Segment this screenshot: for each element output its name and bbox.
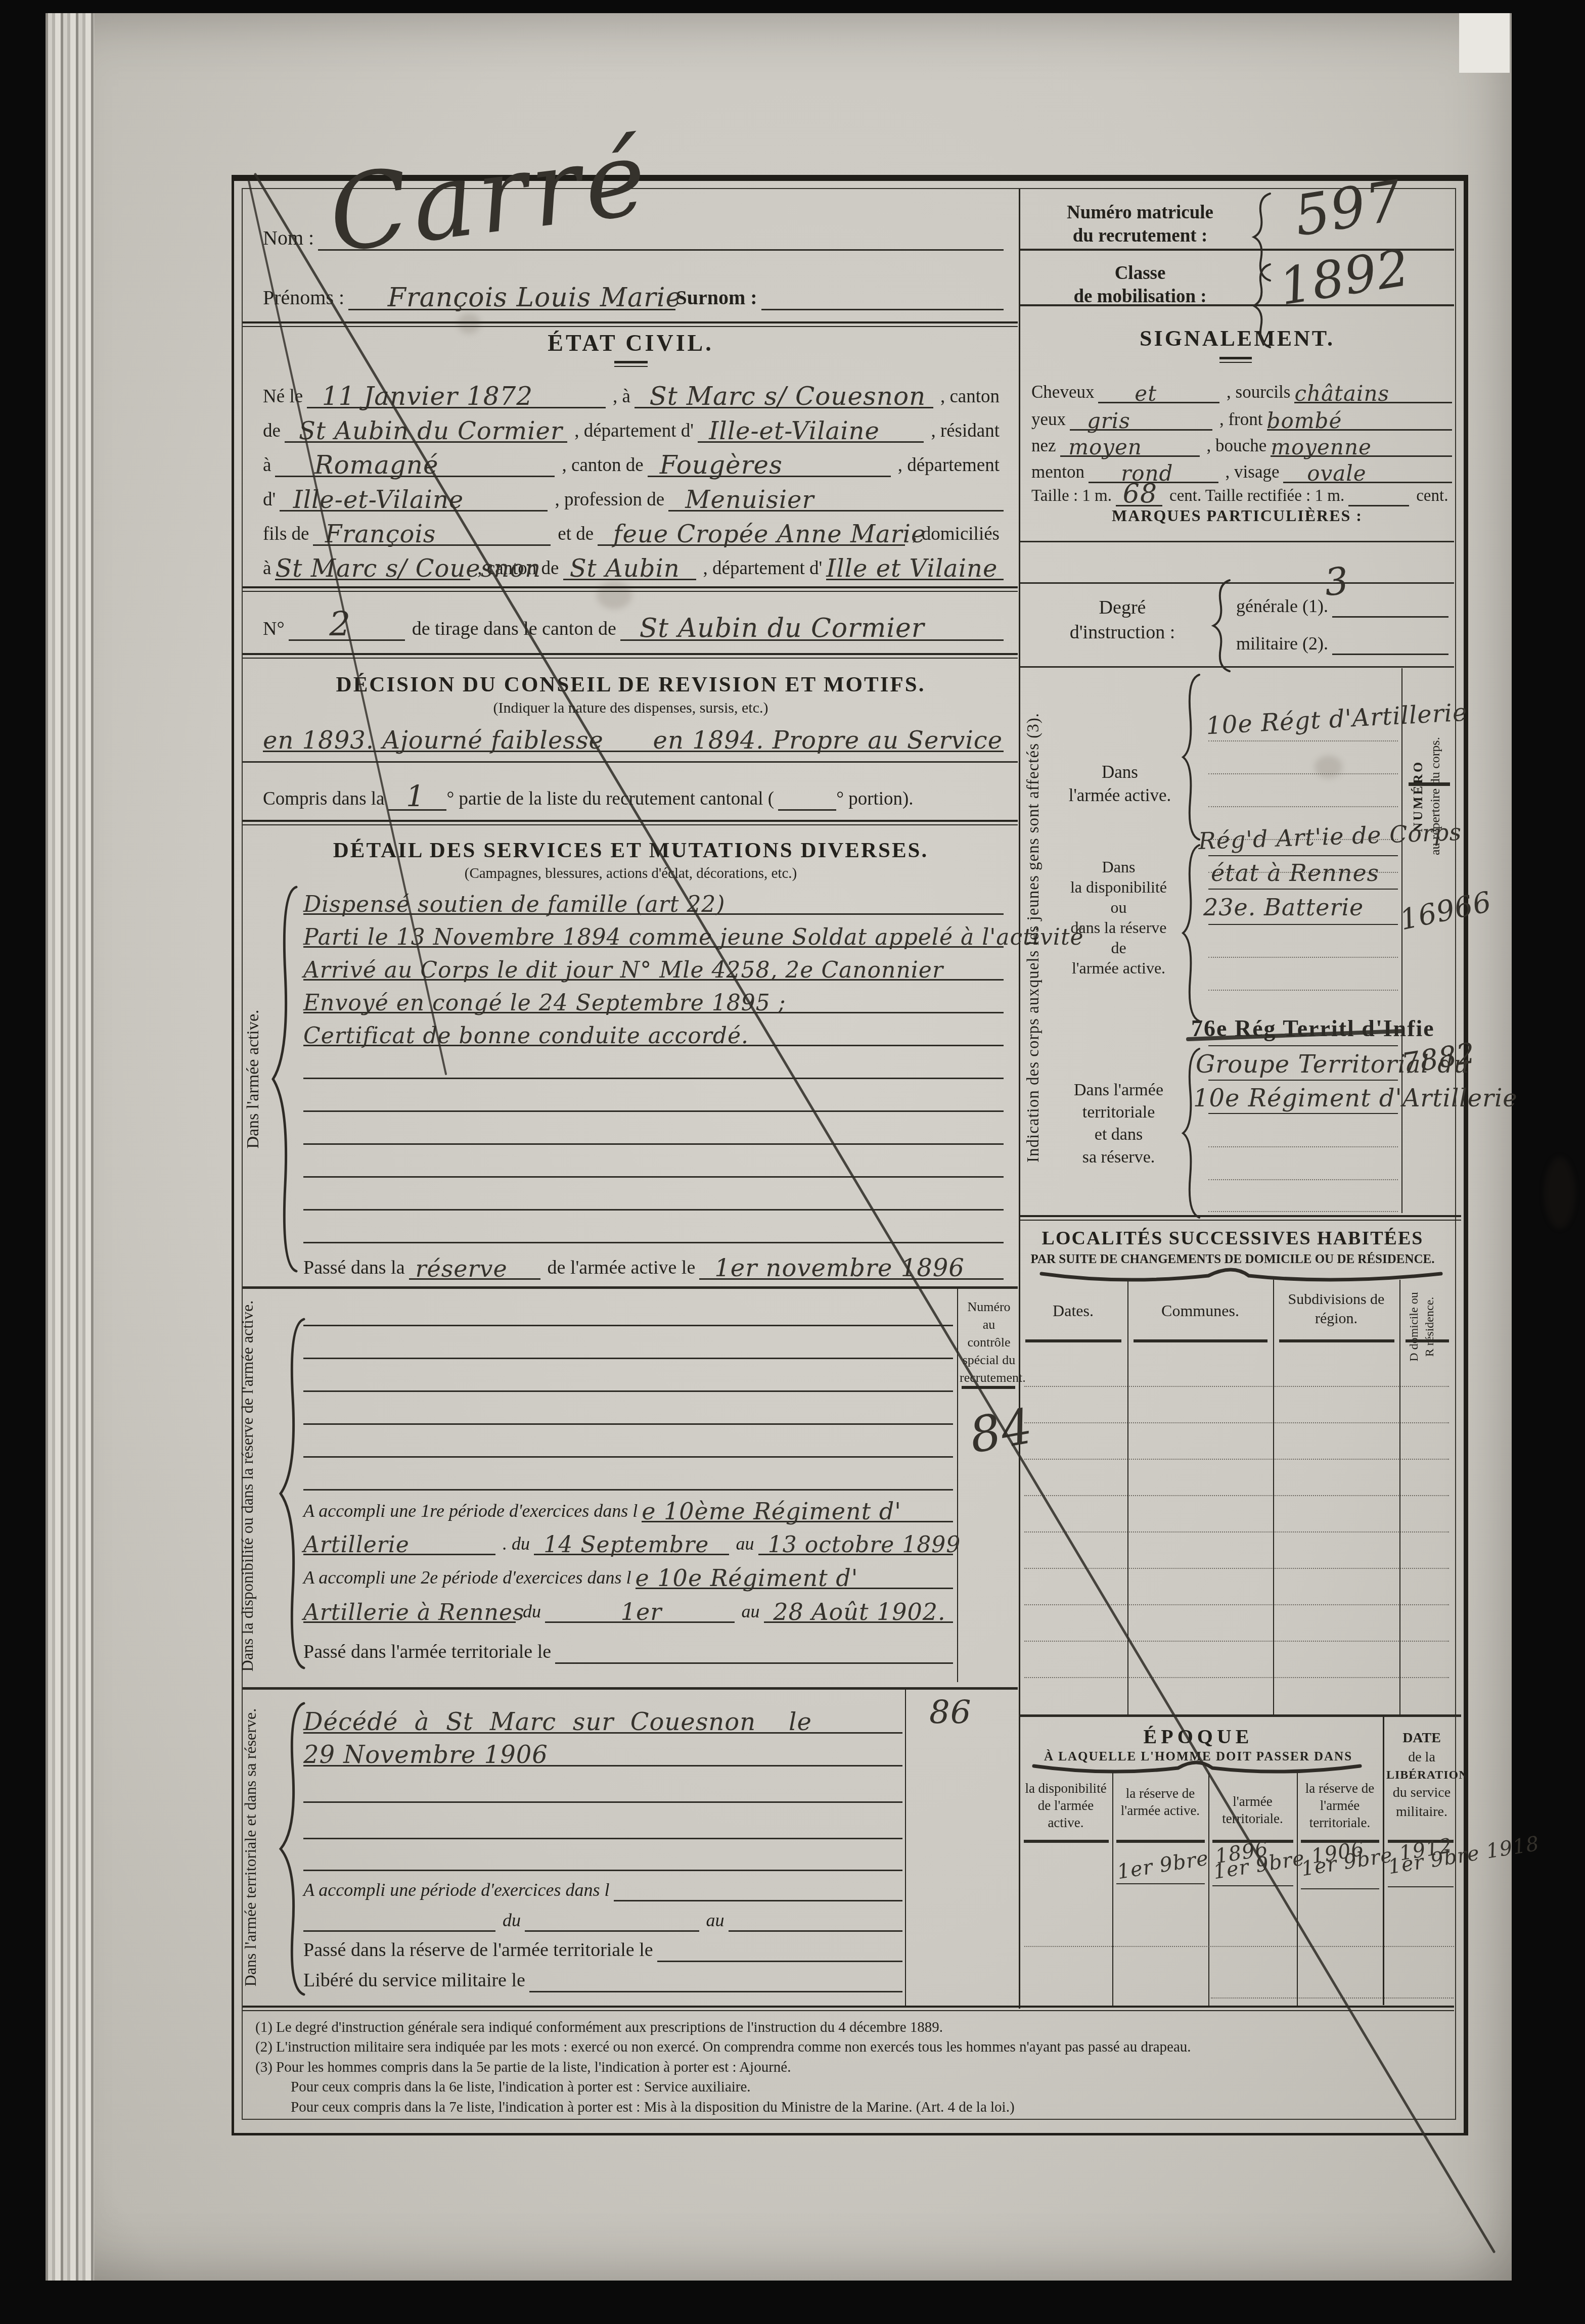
epoque-row-line xyxy=(1212,1885,1293,1886)
rule xyxy=(1020,541,1454,542)
degre-militaire-row: militaire (2). xyxy=(1236,628,1448,655)
header-bar xyxy=(1116,1840,1205,1843)
surnom-label: Surnom : xyxy=(675,286,761,310)
nez-row: nez moyen , bouche moyenne xyxy=(1031,430,1452,457)
corps-line xyxy=(1208,1045,1398,1046)
territoriale-side-label: Dans l'armée territoriale et dans sa rés… xyxy=(241,1698,260,1996)
localites-row-line xyxy=(1024,1677,1449,1678)
epoque-row-line xyxy=(1024,1946,1454,1947)
compris-row: Compris dans la 1 ° partie de la liste d… xyxy=(263,778,1004,811)
etat-civil-row-3: à Romagné , canton de Fougères , départe… xyxy=(263,446,1004,477)
localites-row-line xyxy=(1024,1386,1449,1387)
service-line-4: Envoyé en congé le 24 Septembre 1895 ; xyxy=(303,982,1004,1013)
main-column-divider xyxy=(1019,189,1020,2009)
corps-line xyxy=(1208,1146,1398,1147)
rule xyxy=(1019,1215,1461,1221)
libere-row: Libéré du service militaire le xyxy=(303,1963,902,1992)
section-rule xyxy=(243,1286,1018,1289)
localites-row-line xyxy=(1024,1604,1449,1605)
controle-header: Numéro au contrôle spécial du recrutemen… xyxy=(960,1298,1018,1386)
corps-terr-stamp: 76e Rég Territl d'Infie xyxy=(1191,1015,1435,1042)
etat-civil-row-2: de St Aubin du Cormier , département d' … xyxy=(263,411,1004,443)
nom-label: Nom : xyxy=(263,226,318,251)
periode2b-row: Artillerie à Rennes du 1er au 28 Août 19… xyxy=(303,1592,953,1623)
controle-column-divider xyxy=(957,1289,958,1682)
services-title: DÉTAIL DES SERVICES ET MUTATIONS DIVERSE… xyxy=(243,838,1019,863)
corps-dispo-value-2: état à Rennes xyxy=(1211,859,1379,887)
corps-dispo-label: Dans la disponibilité ou dans la réserve… xyxy=(1059,857,1178,978)
corps-side-label: Indication des corps auxquels les jeunes… xyxy=(1024,677,1043,1198)
etat-civil-row-5: fils de François et de feue Cropée Anne … xyxy=(263,515,1004,546)
controle-header-bar xyxy=(962,1386,1015,1389)
localites-col-dates: Dates. xyxy=(1021,1302,1125,1320)
etat-civil-row-6: à St Marc s/ Couesnon , canton de St Aub… xyxy=(263,549,1004,580)
prenoms-label: Prénoms : xyxy=(263,286,348,310)
epoque-col3-header: l'armée territoriale. xyxy=(1211,1793,1294,1828)
passe-reserve-row: Passé dans la réserve de l'armée active … xyxy=(303,1247,1004,1280)
localites-title: LOCALITÉS SUCCESSIVES HABITÉES xyxy=(1020,1227,1445,1249)
localites-row-line xyxy=(1024,1641,1449,1642)
corps-line xyxy=(1208,773,1398,774)
corps-line xyxy=(1208,855,1398,856)
corps-line xyxy=(1208,1080,1398,1081)
signalement-title: SIGNALEMENT. xyxy=(1020,326,1454,351)
epoque-row-line xyxy=(1301,1888,1379,1889)
rule xyxy=(243,761,1018,763)
degre-label: Degré d'instruction : xyxy=(1039,595,1206,645)
service-line-empty xyxy=(303,1212,1004,1243)
header-bar xyxy=(1024,1840,1109,1843)
service-line-3: Arrivé au Corps le dit jour N° Mle 4258,… xyxy=(303,949,1004,981)
header-bar xyxy=(1134,1339,1267,1342)
classe-label: Classe de mobilisation : xyxy=(1031,262,1249,309)
localites-col-communes: Communes. xyxy=(1130,1302,1271,1320)
rule xyxy=(1020,304,1454,306)
ink-stain xyxy=(1545,1157,1575,1228)
dispo-line-empty xyxy=(303,1295,953,1326)
service-line-empty xyxy=(303,1081,1004,1112)
terr-line-empty xyxy=(303,1840,902,1871)
controle-value: 84 xyxy=(965,1398,1037,1464)
service-line-1: Dispensé soutien de famille (art 22) xyxy=(303,884,1004,915)
terr-du-au-row: du au xyxy=(303,1902,902,1932)
footnote-4: Pour ceux compris dans la 6e liste, l'in… xyxy=(255,2077,1454,2097)
corps-terr-label: Dans l'armée territoriale et dans sa rés… xyxy=(1059,1079,1178,1169)
section-rule xyxy=(243,1687,1018,1690)
localites-row-line xyxy=(1024,1568,1449,1569)
localites-divider xyxy=(1127,1280,1128,1714)
epoque-col4-header: la réserve de l'armée territoriale. xyxy=(1299,1780,1380,1831)
nom-field xyxy=(318,216,1004,251)
decision-title: DÉCISION DU CONSEIL DE REVISION ET MOTIF… xyxy=(243,672,1019,697)
periode1-row: A accompli une 1re période d'exercices d… xyxy=(303,1491,953,1522)
taille-row: Taille : 1 m. 68 cent. Taille rectifiée … xyxy=(1031,479,1452,506)
passe-reserve-terr-row: Passé dans la réserve de l'armée territo… xyxy=(303,1933,902,1962)
localites-row-line xyxy=(1024,1459,1449,1460)
corps-line xyxy=(1208,990,1398,991)
localites-col-subdivisions: Subdivisions de région. xyxy=(1276,1290,1397,1328)
deces-row-1: Décédé à St Marc sur Couesnon le xyxy=(303,1702,902,1734)
localites-row-line xyxy=(1024,1422,1449,1423)
title-dash xyxy=(614,361,648,367)
epoque-divider xyxy=(1297,1773,1298,2006)
corps-line xyxy=(1208,1211,1398,1212)
footnotes: (1) Le degré d'instruction générale sera… xyxy=(255,2018,1454,2117)
prenoms-field: François Louis Marie xyxy=(348,275,675,310)
marques-label: MARQUES PARTICULIÈRES : xyxy=(1020,506,1454,525)
decision-subtitle: (Indiquer la nature des dispenses, sursi… xyxy=(243,700,1019,717)
yeux-row: yeux gris , front bombé xyxy=(1031,403,1452,431)
epoque-divider xyxy=(1208,1773,1209,2006)
epoque-title: ÉPOQUE xyxy=(1021,1725,1375,1748)
epoque-col2-header: la réserve de l'armée active. xyxy=(1115,1785,1206,1820)
cheveux-row: Cheveux et , sourcils châtains xyxy=(1031,376,1452,403)
rule xyxy=(1020,666,1454,668)
epoque-col5-header: DATE de la LIBÉRATION du service militai… xyxy=(1386,1729,1457,1822)
corps-line xyxy=(1208,1113,1398,1114)
footnote-5: Pour ceux compris dans la 7e liste, l'in… xyxy=(255,2098,1454,2117)
header-bar xyxy=(1025,1339,1121,1342)
book-page-edges xyxy=(46,13,94,2281)
service-line-empty xyxy=(303,1113,1004,1145)
services-side-label: Dans l'armée active. xyxy=(244,885,263,1274)
dispo-line-empty xyxy=(303,1393,953,1425)
rule xyxy=(243,2006,1454,2011)
header-bar xyxy=(1406,1339,1449,1342)
corps-active-label: Dans l'armée active. xyxy=(1062,761,1178,807)
rule xyxy=(243,653,1018,659)
tirage-row: N° 2 de tirage dans le canton de St Aubi… xyxy=(263,606,1004,641)
service-line-2: Parti le 13 Novembre 1894 comme jeune So… xyxy=(303,916,1004,948)
rule xyxy=(243,820,1018,825)
etat-civil-row-4: d' Ille-et-Vilaine , profession de Menui… xyxy=(263,480,1004,512)
service-line-empty xyxy=(303,1048,1004,1079)
dispo-line-empty xyxy=(303,1361,953,1392)
periode1b-row: Artillerie . du 14 Septembre au 13 octob… xyxy=(303,1524,953,1555)
epoque-subtitle: À LAQUELLE L'HOMME DOIT PASSER DANS xyxy=(1021,1750,1375,1764)
title-dash xyxy=(1219,357,1252,363)
rule xyxy=(243,586,1018,592)
controle-column-divider-2 xyxy=(905,1690,906,2006)
disponibilite-side-label: Dans la disponibilité ou dans la réserve… xyxy=(238,1296,257,1676)
etat-civil-title: ÉTAT CIVIL. xyxy=(243,330,1019,356)
matricule-label: Numéro matricule du recrutement : xyxy=(1031,201,1249,248)
header-bar xyxy=(1279,1339,1394,1342)
prenoms-row: Prénoms : François Louis Marie Surnom : xyxy=(263,277,1004,310)
decision-row: en 1893. Ajourné faiblesse en 1894. Prop… xyxy=(263,718,1004,752)
corner-page-sliver xyxy=(1459,13,1510,73)
terr-line-empty xyxy=(303,1808,902,1839)
repertoire-bar xyxy=(1409,782,1450,786)
services-subtitle: (Campagnes, blessures, actions d'éclat, … xyxy=(243,865,1019,882)
footnote-2: (2) L'instruction militaire sera indiqué… xyxy=(255,2037,1454,2057)
controle-value-2: 86 xyxy=(929,1694,971,1732)
localites-col-dr: D domicile ou R résidence. xyxy=(1407,1279,1438,1375)
degre-generale-value: 3 xyxy=(1323,559,1351,605)
footnote-1: (1) Le degré d'instruction générale sera… xyxy=(255,2018,1454,2037)
deces-row-2: 29 Novembre 1906 xyxy=(303,1735,902,1767)
service-line-5: Certificat de bonne conduite accordé. xyxy=(303,1015,1004,1046)
epoque-row-line xyxy=(1388,1886,1454,1887)
etat-civil-row-1: Né le 11 Janvier 1872 , à St Marc s/ Cou… xyxy=(263,377,1004,408)
rule xyxy=(1020,582,1454,584)
corps-line xyxy=(1208,957,1398,958)
footnote-3: (3) Pour les hommes compris dans la 5e p… xyxy=(255,2058,1454,2077)
passe-territoriale-row: Passé dans l'armée territoriale le xyxy=(303,1633,953,1664)
dispo-line-empty xyxy=(303,1328,953,1359)
corps-line xyxy=(1208,740,1398,741)
localites-divider xyxy=(1399,1280,1400,1714)
corps-line xyxy=(1208,806,1398,807)
epoque-row-line xyxy=(1211,1997,1454,1998)
corps-line xyxy=(1208,889,1398,890)
nom-row: Nom : xyxy=(263,217,1004,251)
service-line-empty xyxy=(303,1179,1004,1211)
periode2-row: A accompli une 2e période d'exercices da… xyxy=(303,1558,953,1589)
corps-line xyxy=(1208,924,1398,925)
localites-subtitle: PAR SUITE DE CHANGEMENTS DE DOMICILE OU … xyxy=(1020,1252,1445,1267)
scanned-register-page: Carré Nom : Prénoms : François Louis Mar… xyxy=(0,0,1585,2324)
epoque-row-line xyxy=(1116,1883,1205,1884)
section-rule xyxy=(1019,1714,1461,1717)
localites-divider xyxy=(1273,1280,1274,1714)
localites-row-line xyxy=(1024,1531,1449,1532)
corps-dispo-value-3: 23e. Batterie xyxy=(1203,894,1364,921)
service-line-empty xyxy=(303,1146,1004,1178)
dispo-line-empty xyxy=(303,1459,953,1491)
localites-row-line xyxy=(1024,1495,1449,1496)
terr-periode-row: A accompli une période d'exercices dans … xyxy=(303,1871,902,1901)
repertoire-column-divider xyxy=(1401,668,1402,1213)
corps-line xyxy=(1208,1179,1398,1180)
corps-terr-value-2: 10e Régiment d'Artillerie xyxy=(1193,1084,1518,1112)
dispo-line-empty xyxy=(303,1426,953,1458)
surnom-field xyxy=(761,275,1004,310)
epoque-col1-header: la disponibilité de l'armée active. xyxy=(1022,1780,1109,1831)
rule xyxy=(243,321,1018,327)
epoque-divider xyxy=(1112,1773,1113,2006)
terr-line-empty xyxy=(303,1772,902,1803)
